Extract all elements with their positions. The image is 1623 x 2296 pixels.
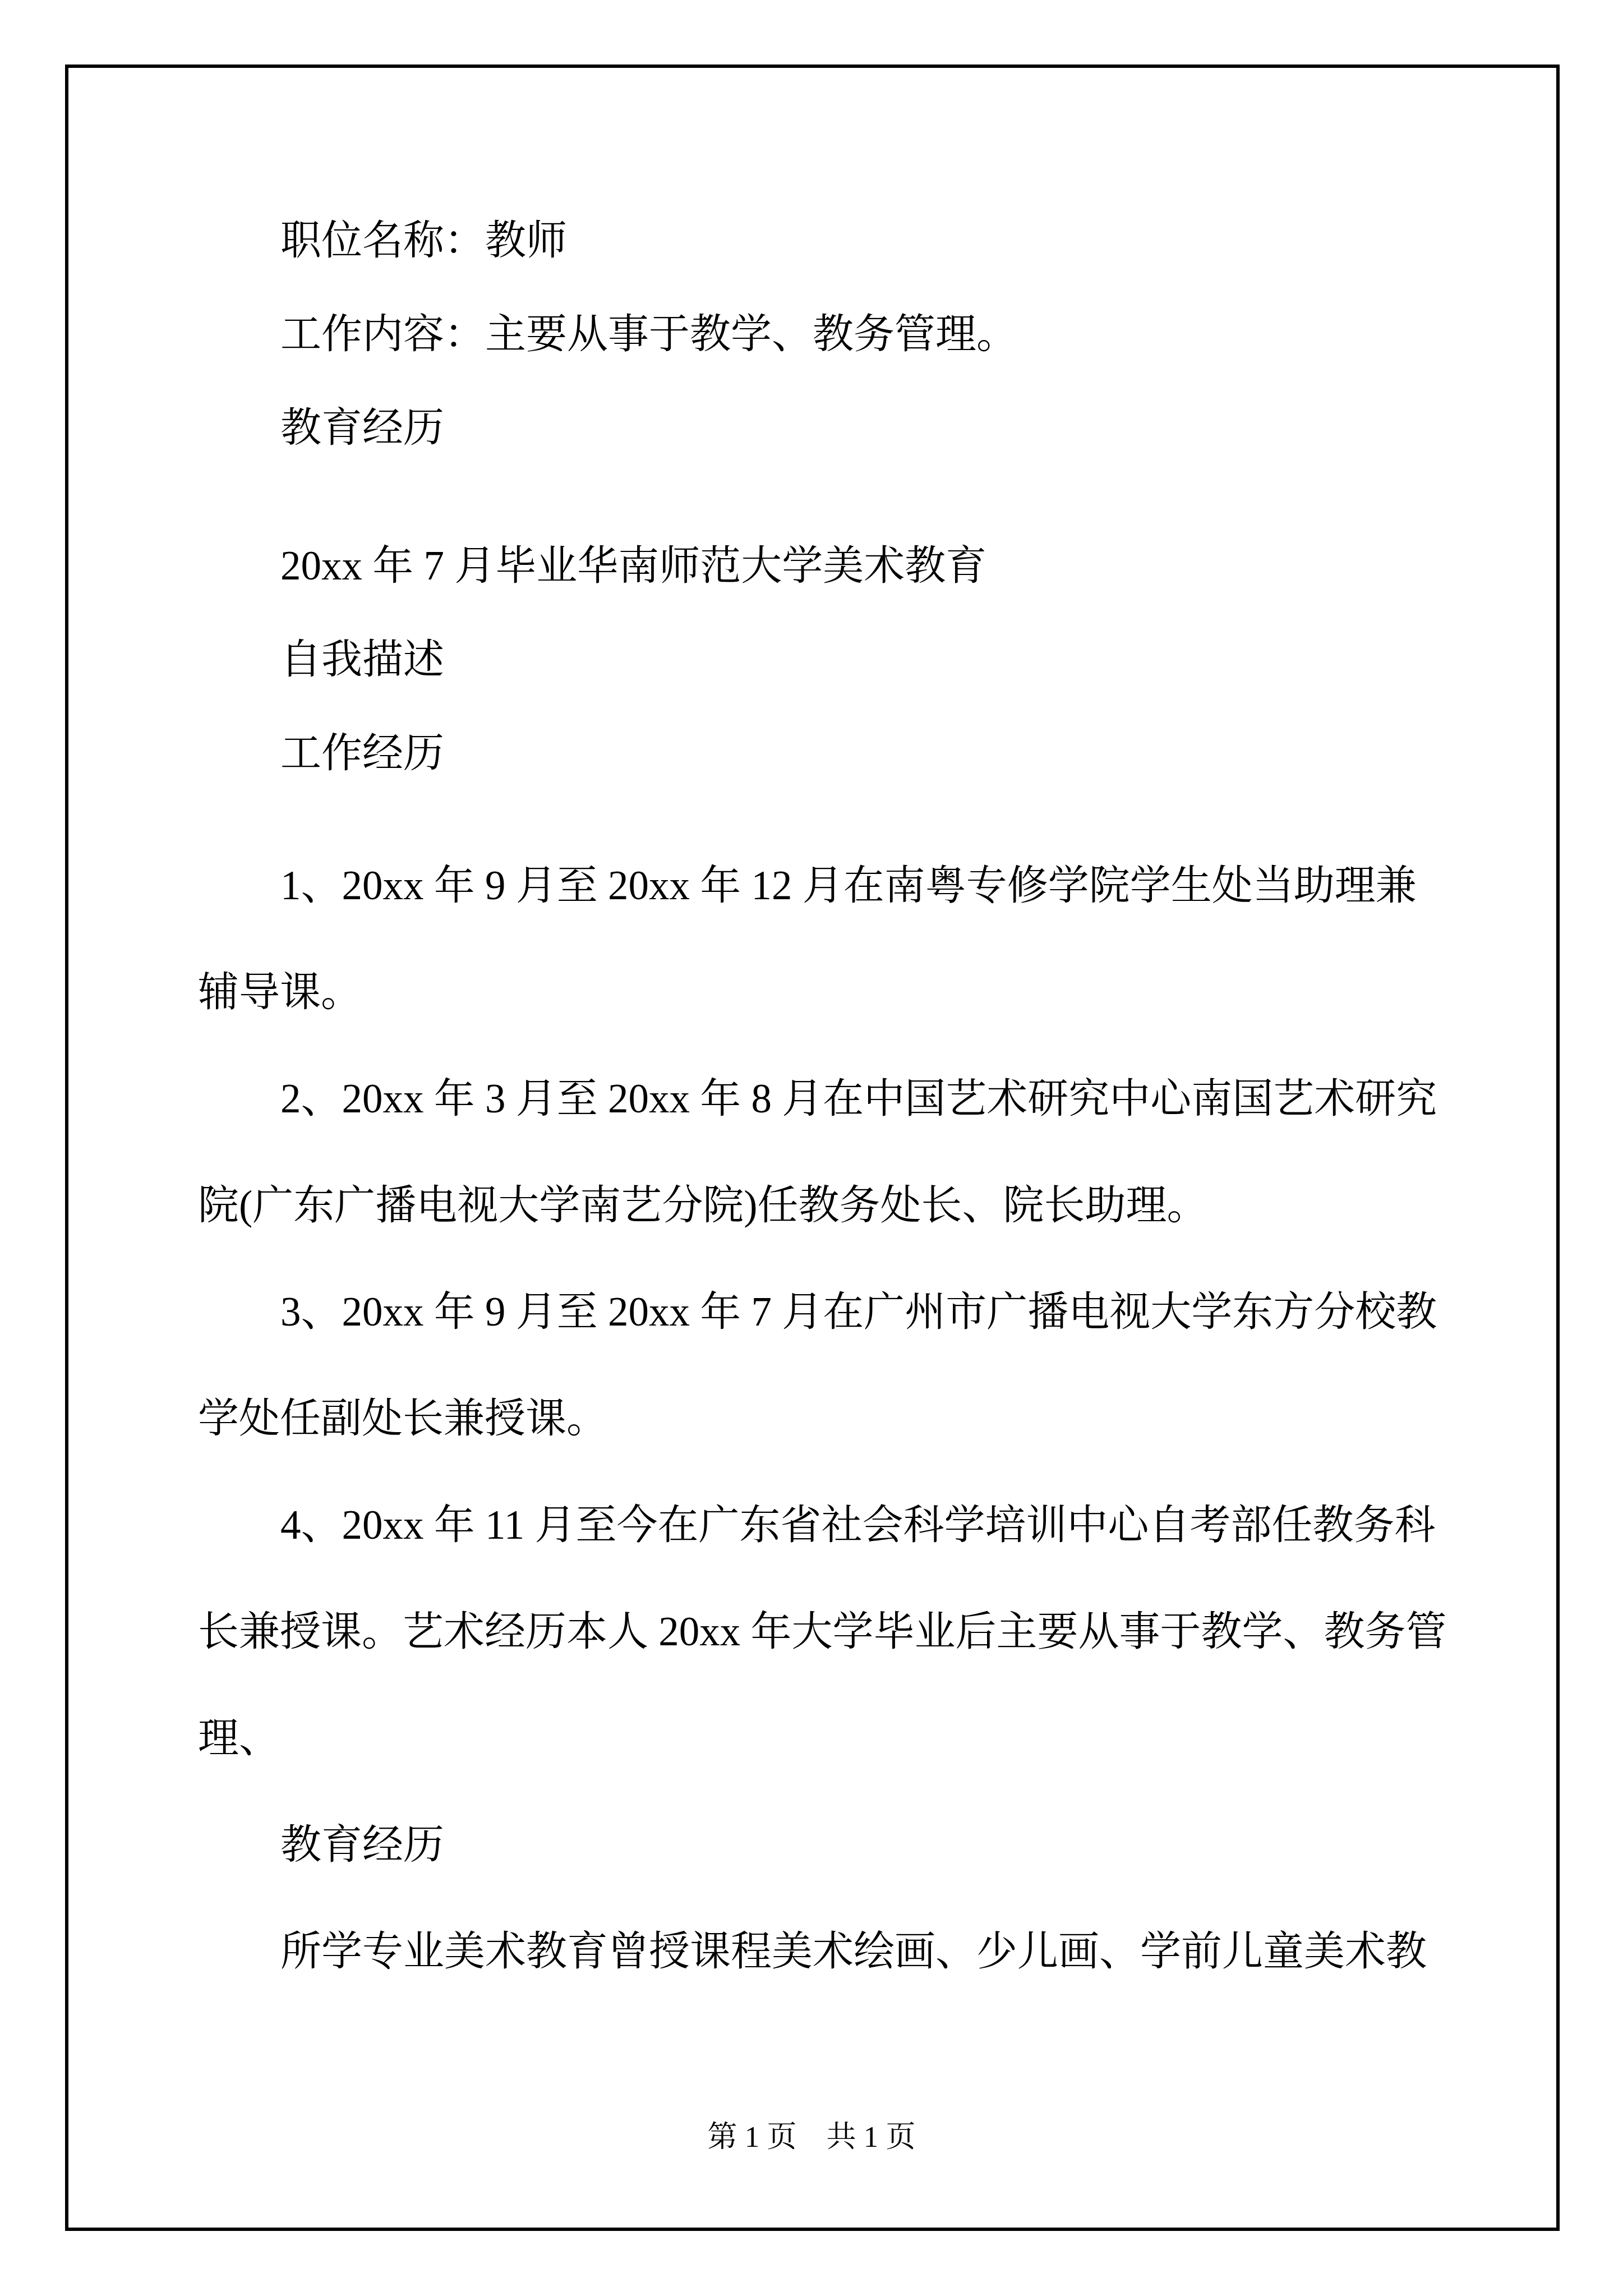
- doc-line: 2、20xx 年 3 月至 20xx 年 8 月在中国艺术研究中心南国艺术研究: [198, 1046, 1424, 1152]
- doc-line: 理、: [198, 1685, 1424, 1792]
- document-content: 职位名称：教师 工作内容：主要从事于教学、教务管理。 教育经历 20xx 年 7…: [198, 69, 1424, 2005]
- doc-line: 教育经历: [198, 1792, 1424, 1898]
- page-footer: 第 1 页 共 1 页: [0, 2119, 1623, 2155]
- doc-line: 3、20xx 年 9 月至 20xx 年 7 月在广州市广播电视大学东方分校教: [198, 1259, 1424, 1365]
- doc-line: 自我描述: [198, 613, 1424, 706]
- doc-line: 所学专业美术教育曾授课程美术绘画、少儿画、学前儿童美术教: [198, 1898, 1424, 2005]
- doc-line: 学处任副处长兼授课。: [198, 1365, 1424, 1472]
- doc-line: 1、20xx 年 9 月至 20xx 年 12 月在南粤专修学院学生处当助理兼: [198, 832, 1424, 939]
- doc-line: 院(广东广播电视大学南艺分院)任教务处长、院长助理。: [198, 1152, 1424, 1259]
- doc-line: 教育经历: [198, 381, 1424, 475]
- doc-line: 20xx 年 7 月毕业华南师范大学美术教育: [198, 519, 1424, 613]
- doc-line: 工作内容：主要从事于教学、教务管理。: [198, 287, 1424, 381]
- doc-line: 辅导课。: [198, 939, 1424, 1046]
- doc-line: 工作经历: [198, 706, 1424, 800]
- doc-line: 4、20xx 年 11 月至今在广东省社会科学培训中心自考部任教务科: [198, 1472, 1424, 1579]
- doc-line: 职位名称：教师: [198, 194, 1424, 287]
- doc-line: 长兼授课。艺术经历本人 20xx 年大学毕业后主要从事于教学、教务管: [198, 1579, 1424, 1685]
